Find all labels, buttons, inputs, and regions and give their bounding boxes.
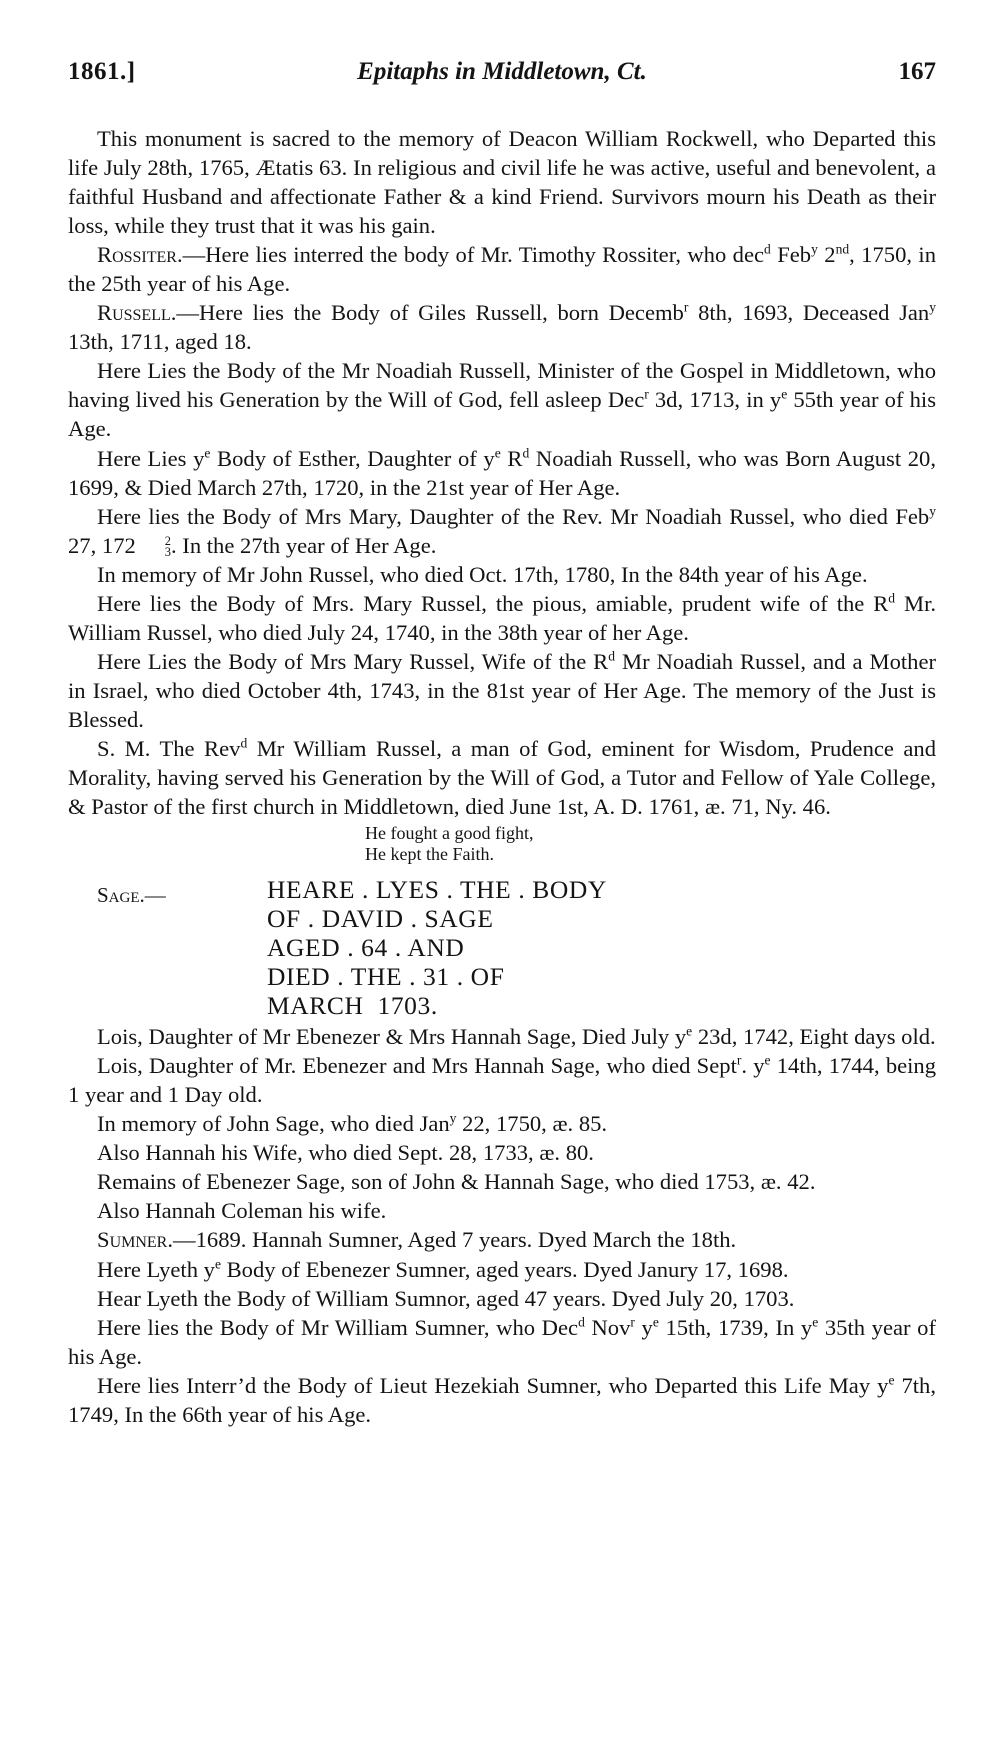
verse-line: He kept the Faith.	[68, 844, 936, 865]
inscription-line: HEARE . LYES . THE . BODY	[267, 875, 607, 904]
epitaph-sage-ebenezer: Remains of Ebenezer Sage, son of John & …	[68, 1167, 936, 1196]
verse: He fought a good fight, He kept the Fait…	[68, 821, 936, 871]
inscription-line: MARCH 1703.	[267, 991, 607, 1020]
year-fraction: 23	[136, 536, 171, 558]
epitaph-sage-hannah: Also Hannah his Wife, who died Sept. 28,…	[68, 1138, 936, 1167]
inscription-line: DIED . THE . 31 . OF	[267, 962, 607, 991]
inscription-line: OF . DAVID . SAGE	[267, 904, 607, 933]
verse-line: He fought a good fight,	[68, 823, 936, 844]
epitaph-sage-john: In memory of John Sage, who died Jany 22…	[68, 1109, 936, 1138]
epitaph-russell-mary-daughter: Here lies the Body of Mrs Mary, Daughter…	[68, 502, 936, 560]
epitaph-russell-john: In memory of Mr John Russel, who died Oc…	[68, 560, 936, 589]
page-number: 167	[899, 58, 937, 86]
epitaph-rockwell: This monument is sacred to the memory of…	[68, 124, 936, 240]
epitaph-sumnor-william: Hear Lyeth the Body of William Sumnor, a…	[68, 1284, 936, 1313]
epitaph-sage-hannah-coleman: Also Hannah Coleman his wife.	[68, 1196, 936, 1225]
epitaph-russell-mary-wife-william: Here lies the Body of Mrs. Mary Russel, …	[68, 589, 936, 647]
epitaph-sumner-hezekiah: Here lies Interr’d the Body of Lieut Hez…	[68, 1371, 936, 1429]
surname-heading: Sage.—	[97, 881, 166, 910]
inscription-line: AGED . 64 . AND	[267, 933, 607, 962]
epitaph-russell-william: S. M. The Revd Mr William Russel, a man …	[68, 734, 936, 821]
epitaph-russell-esther: Here Lies ye Body of Esther, Daughter of…	[68, 444, 936, 502]
epitaph-russell-mary-wife-noadiah: Here Lies the Body of Mrs Mary Russel, W…	[68, 647, 936, 734]
epitaph-rossiter: Rossiter.—Here lies interred the body of…	[68, 240, 936, 298]
inscription: HEARE . LYES . THE . BODY OF . DAVID . S…	[267, 875, 607, 1020]
surname-heading: Russell.	[97, 300, 176, 325]
header-title: Epitaphs in Middletown, Ct.	[68, 58, 936, 86]
epitaph-sumner-hannah: Sumner.—1689. Hannah Sumner, Aged 7 year…	[68, 1225, 936, 1254]
surname-heading: Sumner.	[97, 1227, 173, 1252]
epitaph-sage-david: Sage.— HEARE . LYES . THE . BODY OF . DA…	[68, 875, 936, 1022]
surname-heading: Rossiter.	[97, 242, 183, 267]
running-header: 1861.] Epitaphs in Middletown, Ct. 167	[68, 58, 936, 92]
epitaph-sage-lois-1744: Lois, Daughter of Mr. Ebenezer and Mrs H…	[68, 1051, 936, 1109]
epitaph-sumner-ebenezer: Here Lyeth ye Body of Ebenezer Sumner, a…	[68, 1255, 936, 1284]
epitaph-russell-noadiah: Here Lies the Body of the Mr Noadiah Rus…	[68, 356, 936, 443]
epitaph-russell-giles: Russell.—Here lies the Body of Giles Rus…	[68, 298, 936, 356]
epitaph-sumner-william: Here lies the Body of Mr William Sumner,…	[68, 1313, 936, 1371]
page-body: This monument is sacred to the memory of…	[68, 124, 936, 1429]
epitaph-sage-lois-1742: Lois, Daughter of Mr Ebenezer & Mrs Hann…	[68, 1022, 936, 1051]
